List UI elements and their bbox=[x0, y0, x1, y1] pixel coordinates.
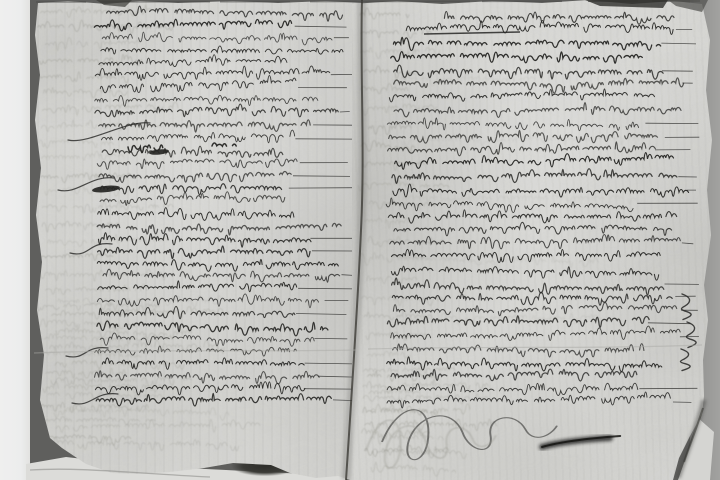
manuscript-scan bbox=[0, 0, 720, 480]
manuscript-page-left bbox=[28, 0, 362, 480]
manuscript-page-right bbox=[352, 0, 720, 480]
handwriting-ink-left bbox=[28, 0, 362, 480]
scanner-backdrop-left bbox=[0, 0, 30, 480]
handwriting-ink-right bbox=[352, 0, 720, 480]
